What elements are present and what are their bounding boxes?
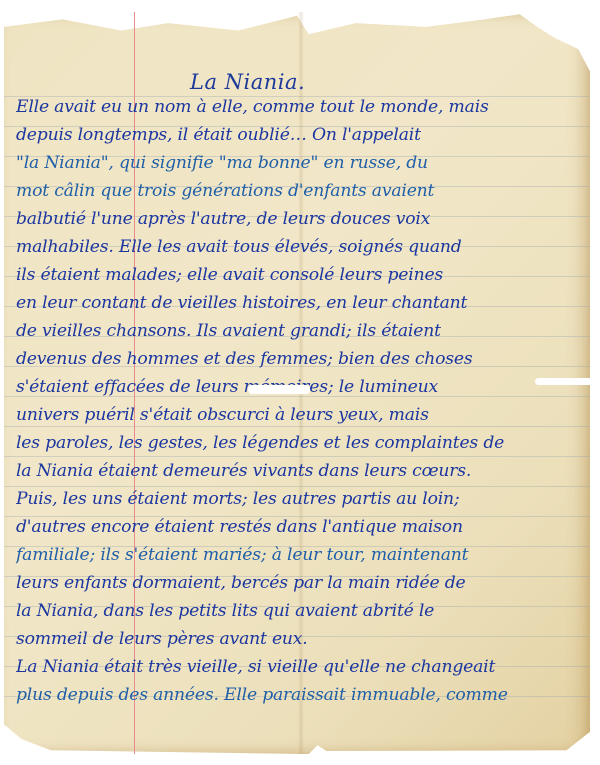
document-title: La Niania. bbox=[190, 70, 305, 94]
text-line: de vieilles chansons. Ils avaient grandi… bbox=[16, 320, 586, 342]
text-line: ils étaient malades; elle avait consolé … bbox=[16, 264, 586, 286]
text-line: en leur contant de vieilles histoires, e… bbox=[16, 292, 586, 314]
text-line: La Niania était très vieille, si vieille… bbox=[16, 656, 586, 678]
text-line: malhabiles. Elle les avait tous élevés, … bbox=[16, 236, 586, 258]
text-line: familiale; ils s'étaient mariés; à leur … bbox=[16, 544, 586, 566]
text-line: plus depuis des années. Elle paraissait … bbox=[16, 684, 586, 706]
text-line: la Niania étaient demeurés vivants dans … bbox=[16, 460, 586, 482]
text-line: depuis longtemps, il était oublié… On l'… bbox=[16, 124, 586, 146]
text-line: la Niania, dans les petits lits qui avai… bbox=[16, 600, 586, 622]
text-line: mot câlin que trois générations d'enfant… bbox=[16, 180, 586, 202]
text-line: leurs enfants dormaient, bercés par la m… bbox=[16, 572, 586, 594]
text-line: Elle avait eu un nom à elle, comme tout … bbox=[16, 96, 586, 118]
text-line: "la Niania", qui signifie "ma bonne" en … bbox=[16, 152, 586, 174]
text-line: Puis, les uns étaient morts; les autres … bbox=[16, 488, 586, 510]
text-line: d'autres encore étaient restés dans l'an… bbox=[16, 516, 586, 538]
paper-tear bbox=[535, 378, 593, 385]
text-line: balbutié l'une après l'autre, de leurs d… bbox=[16, 208, 586, 230]
text-line: devenus des hommes et des femmes; bien d… bbox=[16, 348, 586, 370]
text-line: univers puéril s'était obscurci à leurs … bbox=[16, 404, 586, 426]
text-line: sommeil de leurs pères avant eux. bbox=[16, 628, 586, 650]
rule-line bbox=[4, 486, 590, 487]
paper-tear bbox=[248, 385, 310, 394]
text-line: les paroles, les gestes, les légendes et… bbox=[16, 432, 586, 454]
rule-line bbox=[4, 456, 590, 457]
rule-line bbox=[4, 426, 590, 427]
